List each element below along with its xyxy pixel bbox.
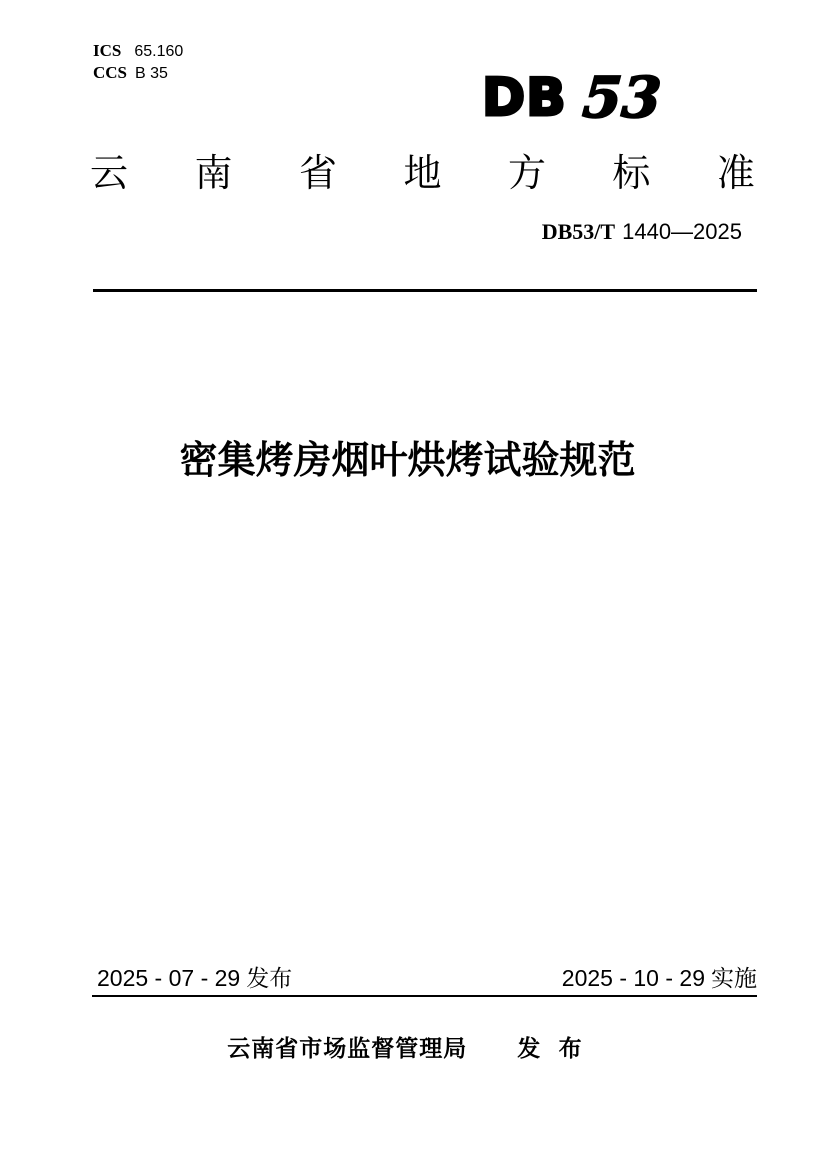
footer-divider-line — [92, 995, 757, 997]
standard-code-number: 1440—2025 — [622, 219, 742, 244]
standard-code-prefix: DB53/T — [542, 219, 615, 244]
db53-logo-db-text: DB — [482, 74, 567, 122]
publisher-row: 云南省市场监督管理局 发 布 — [0, 1034, 815, 1062]
standard-type-char: 省 — [299, 152, 337, 196]
standard-type-row: 云 南 省 地 方 标 准 — [90, 152, 755, 196]
publisher-organization: 云南省市场监督管理局 — [227, 1034, 467, 1062]
db53-logo-number-text: 53 — [581, 74, 662, 122]
ics-label: ICS — [93, 41, 121, 60]
implementation-date: 2025 - 10 - 29 — [562, 965, 705, 991]
ics-row: ICS65.160 — [93, 40, 183, 62]
issue-date-row: 2025 - 07 - 29发布 — [97, 964, 292, 992]
standard-type-char: 云 — [90, 152, 128, 196]
ccs-row: CCSB 35 — [93, 62, 183, 84]
standard-type-char: 标 — [612, 152, 650, 196]
standard-cover-page: ICS65.160 CCSB 35 DB 53 云 南 省 地 方 标 准 DB… — [0, 0, 815, 1151]
classification-block: ICS65.160 CCSB 35 — [93, 40, 183, 84]
standard-code: DB53/T1440—2025 — [542, 219, 742, 245]
db53-logo: DB 53 — [482, 74, 661, 122]
header-divider-line — [93, 289, 757, 292]
standard-type-char: 方 — [508, 152, 546, 196]
ccs-label: CCS — [93, 63, 127, 82]
standard-type-char: 准 — [717, 152, 755, 196]
ccs-value: B 35 — [135, 65, 168, 82]
implementation-date-label: 实施 — [711, 965, 757, 991]
publisher-action-label: 发 布 — [517, 1034, 587, 1062]
issue-date: 2025 - 07 - 29 — [97, 965, 240, 991]
issue-date-label: 发布 — [246, 965, 292, 991]
implementation-date-row: 2025 - 10 - 29实施 — [562, 964, 757, 992]
ics-value: 65.160 — [134, 43, 183, 60]
document-title: 密集烤房烟叶烘烤试验规范 — [0, 438, 815, 484]
standard-type-char: 地 — [403, 152, 441, 196]
standard-type-char: 南 — [194, 152, 232, 196]
